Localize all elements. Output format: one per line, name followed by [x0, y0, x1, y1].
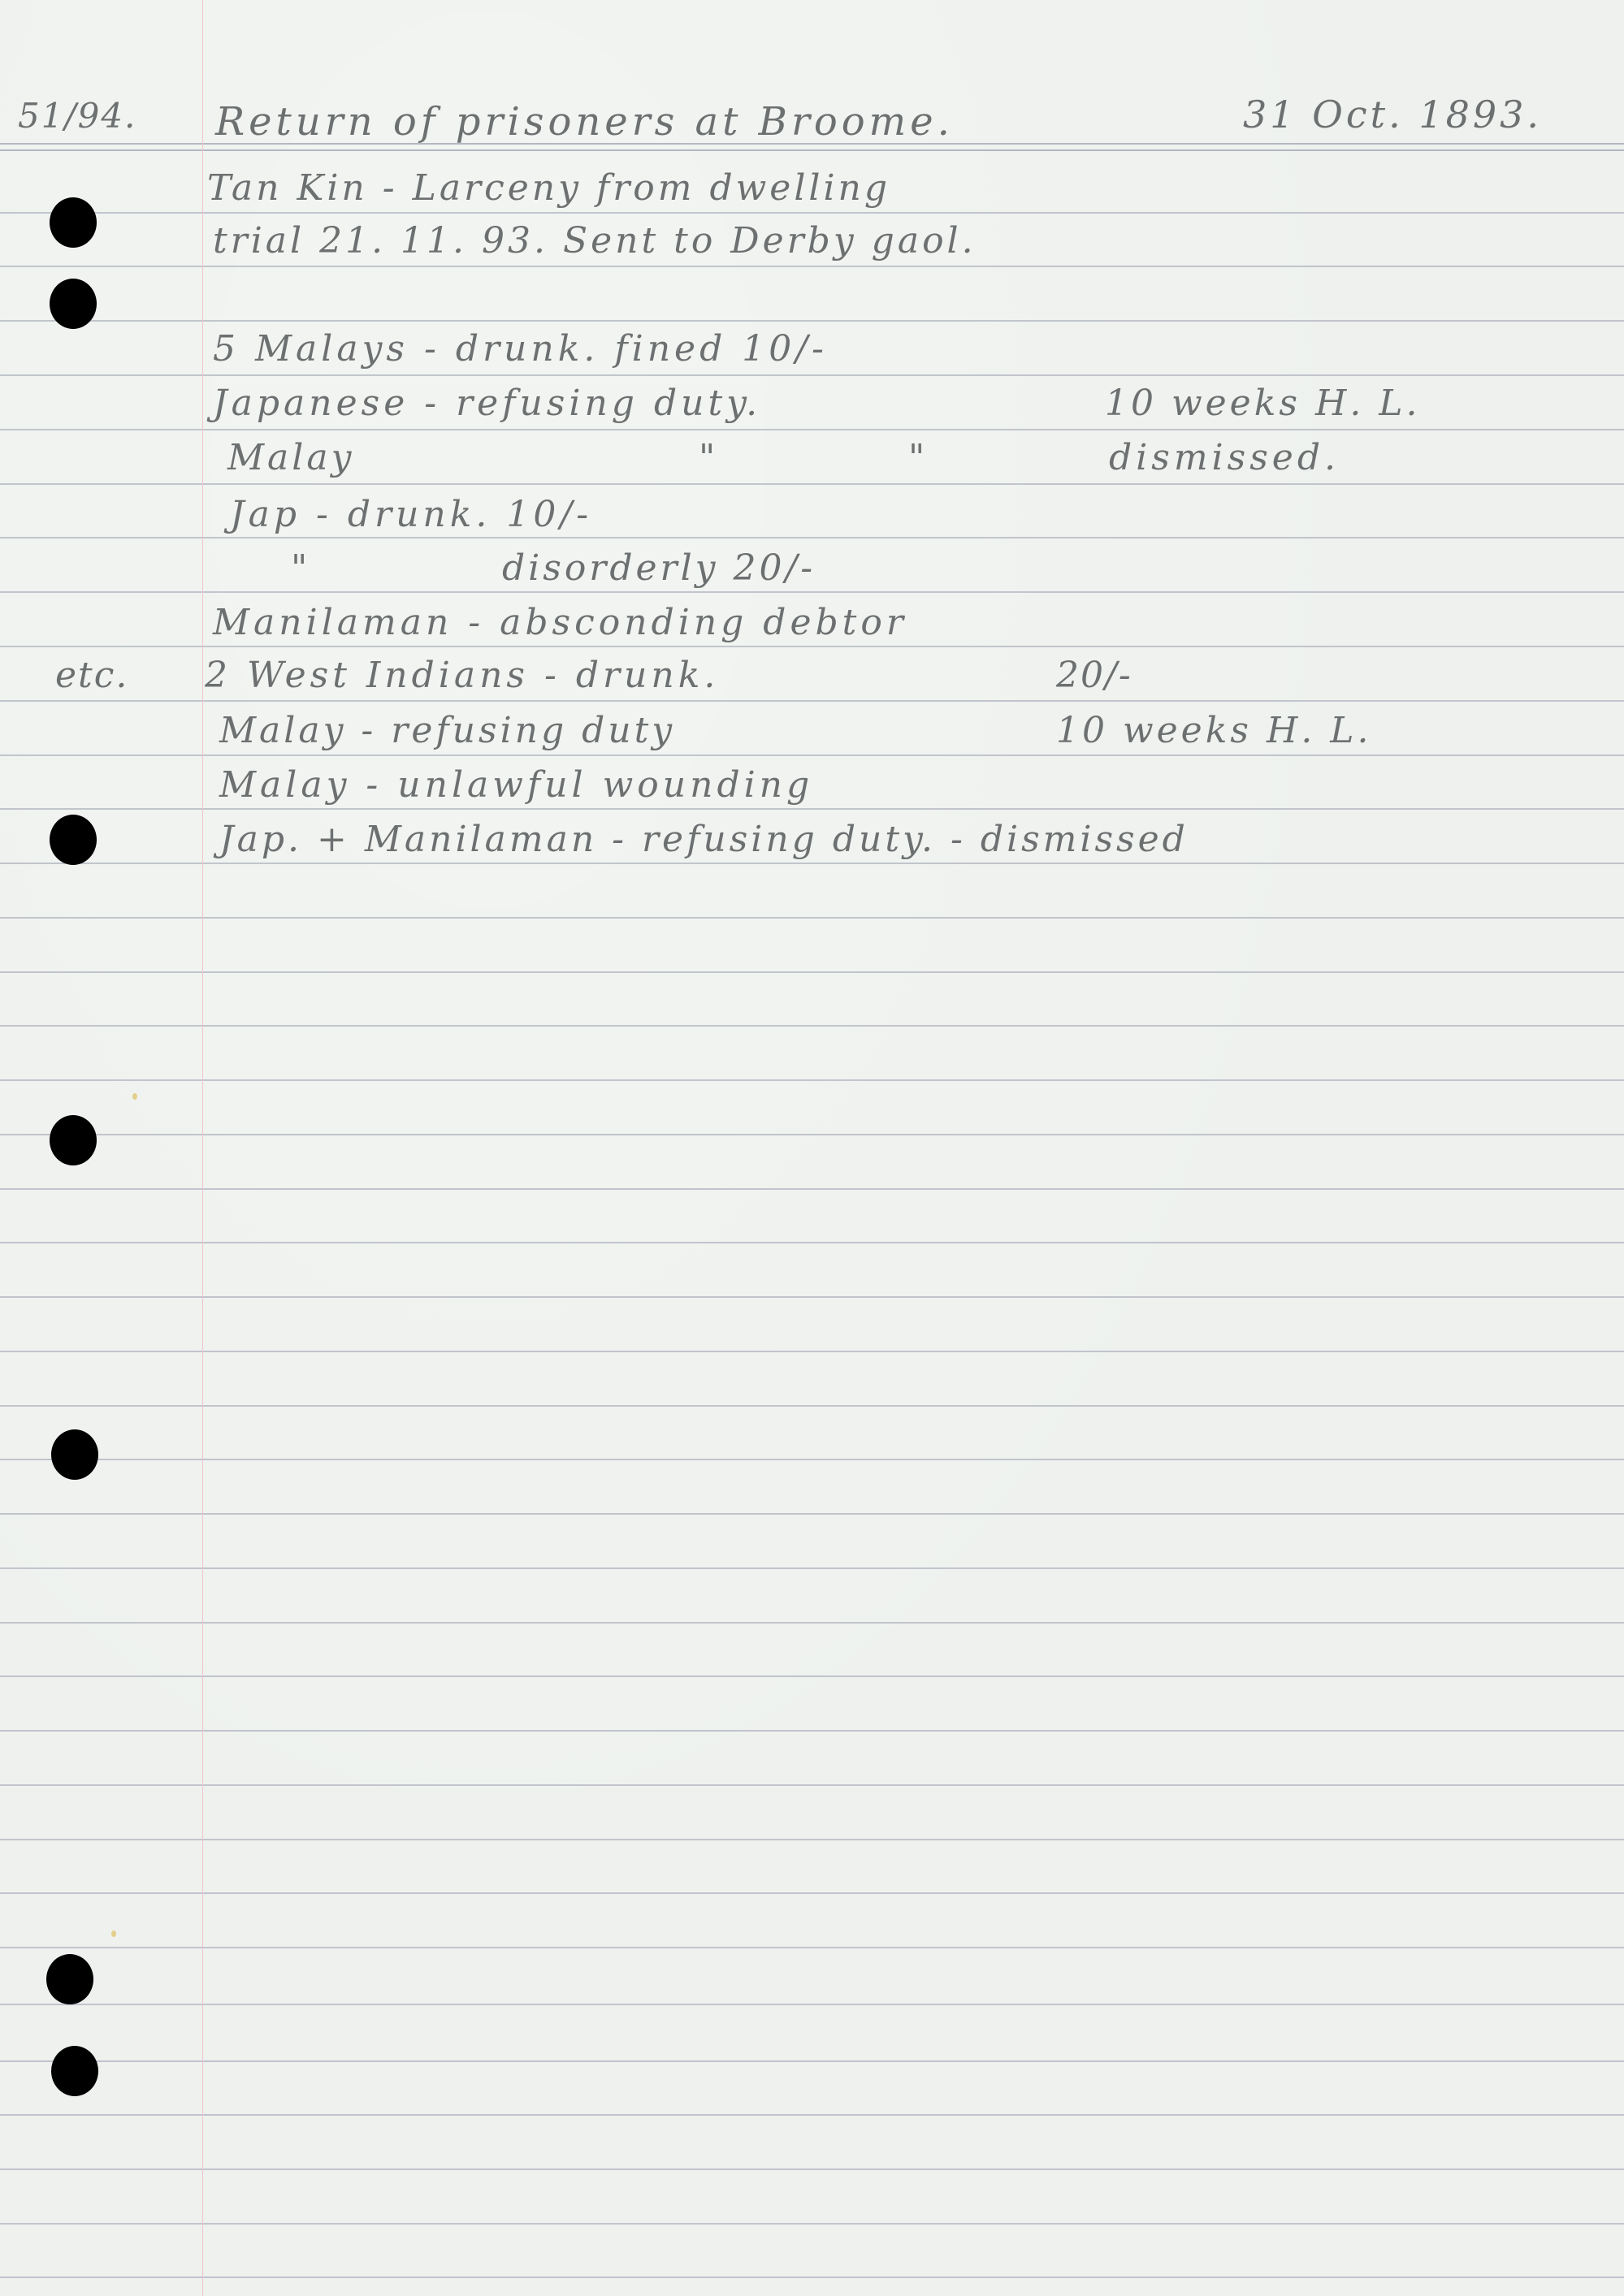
punch-hole [50, 279, 97, 329]
ruled-line [0, 1947, 1624, 1948]
entry-line: Japanese - refusing duty. [213, 386, 761, 422]
document-reference: 51/94. [18, 99, 136, 133]
ruled-line [0, 1025, 1624, 1027]
header-rule-second [0, 149, 1624, 151]
ruled-line [0, 1513, 1624, 1515]
ruled-line [0, 212, 1624, 214]
ruled-line [0, 1784, 1624, 1786]
ruled-line [0, 1242, 1624, 1243]
entry-line: Malay - refusing duty [219, 713, 675, 749]
margin-note: etc. [55, 658, 128, 694]
punch-hole [50, 197, 97, 248]
ruled-line [0, 646, 1624, 647]
ruled-line [0, 1567, 1624, 1569]
ruled-line [0, 808, 1624, 810]
ruled-line [0, 537, 1624, 538]
ruled-line [0, 429, 1624, 430]
ruled-line [0, 1134, 1624, 1135]
entry-line: 2 West Indians - drunk. [205, 658, 719, 694]
document-title: Return of prisoners at Broome. [215, 102, 954, 141]
ruled-line [0, 917, 1624, 919]
ruled-line [0, 863, 1624, 864]
entry-sentence: 10 weeks H. L. [1105, 386, 1421, 422]
ruled-line [0, 2114, 1624, 2116]
entry-line: 5 Malays - drunk. fined 10/- [213, 331, 828, 367]
ruled-line [0, 1405, 1624, 1407]
ruled-line [0, 700, 1624, 702]
ruled-line [0, 1079, 1624, 1081]
margin-rule [202, 0, 203, 2296]
entry-sentence: 10 weeks H. L. [1056, 713, 1372, 749]
ruled-line [0, 1892, 1624, 1894]
punch-hole [51, 2046, 98, 2096]
entry-line: Jap - drunk. 10/- [230, 497, 592, 533]
ruled-line [0, 1188, 1624, 1190]
document-date: 31 Oct. 1893. [1243, 96, 1542, 133]
entry-offence: disorderly 20/- [502, 551, 816, 586]
punch-hole [51, 1429, 98, 1480]
ruled-line [0, 1351, 1624, 1352]
paper-stain [111, 1931, 116, 1937]
ruled-line [0, 374, 1624, 376]
ditto-mark: " [291, 551, 309, 586]
ruled-line [0, 2223, 1624, 2225]
ruled-line [0, 1622, 1624, 1624]
ruled-line [0, 2168, 1624, 2170]
entry-sentence: dismissed. [1109, 440, 1340, 476]
entry-line: Jap. + Manilaman - refusing duty. - dism… [219, 822, 1189, 858]
ditto-mark: " [699, 440, 717, 476]
punch-hole [50, 1115, 97, 1165]
ruled-line [0, 266, 1624, 267]
entry-line: Malay [227, 440, 354, 476]
punch-hole [46, 1954, 93, 2004]
entry-line: Tan Kin - Larceny from dwelling [207, 171, 890, 206]
entry-line: Malay - unlawful wounding [219, 767, 813, 803]
ruled-line [0, 591, 1624, 593]
entry-line: Manilaman - absconding debtor [213, 605, 907, 641]
punch-hole [50, 815, 97, 865]
ruled-line [0, 2004, 1624, 2005]
ruled-line [0, 755, 1624, 756]
ruled-line [0, 320, 1624, 322]
ruled-line [0, 971, 1624, 973]
ruled-line [0, 1676, 1624, 1677]
entry-line: trial 21. 11. 93. Sent to Derby gaol. [213, 223, 977, 259]
ruled-line [0, 2277, 1624, 2278]
ruled-line [0, 1839, 1624, 1840]
ruled-line [0, 1730, 1624, 1732]
entry-sentence: 20/- [1056, 658, 1132, 694]
ruled-line [0, 1296, 1624, 1298]
ruled-line [0, 2060, 1624, 2062]
lined-document-page: 51/94. Return of prisoners at Broome. 31… [0, 0, 1624, 2296]
ditto-mark: " [908, 440, 926, 476]
paper-stain [132, 1093, 137, 1100]
ruled-line [0, 483, 1624, 485]
ruled-line [0, 1459, 1624, 1460]
